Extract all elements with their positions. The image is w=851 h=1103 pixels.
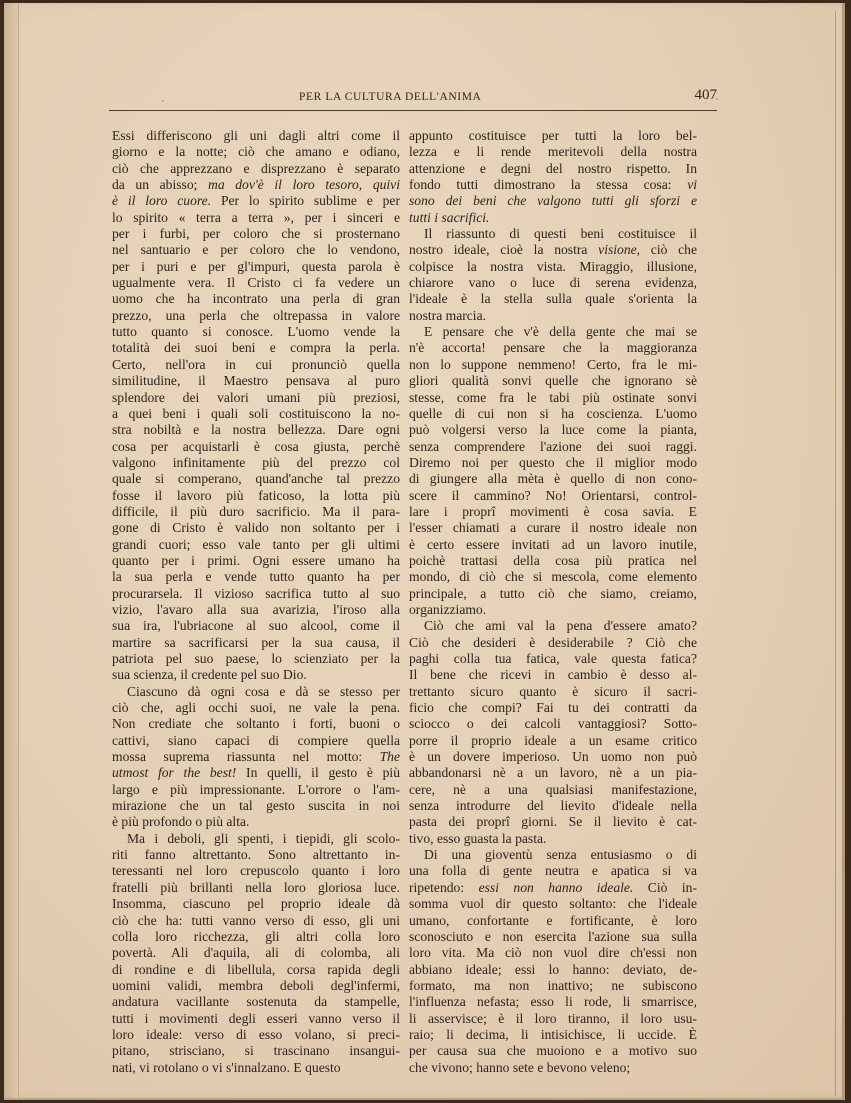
text-line: grandi cuori; esso vale tanto per gli ul…	[112, 537, 400, 553]
text-line: trettanto sicuro quanto è sicuro il sacr…	[409, 684, 697, 700]
paragraph: Di una gioventù senza entusiasmo o diuna…	[409, 847, 697, 1076]
text-line: tutti i movimenti degli esseri vanno ver…	[112, 1011, 400, 1027]
text-line: l'influenza nefasta; esso li rode, li sm…	[409, 994, 697, 1010]
text-line: di rondine e di libellula, corsa rapida …	[112, 962, 400, 978]
text-line: uomo che ha incontrato una perla di gran	[112, 291, 400, 307]
text-line: cosa per acquistarli è cosa giusta, perc…	[112, 439, 400, 455]
text-line: loro ideale: verso di esso volano, si pr…	[112, 1027, 400, 1043]
text-line: colla loro ricchezza, gli altri colla lo…	[112, 929, 400, 945]
text-line: uomini validi, membra deboli degl'inferm…	[112, 978, 400, 994]
text-line: E pensare che v'è della gente che mai se	[409, 324, 697, 340]
text-line: stesse, come fra le tabi più ostinate so…	[409, 390, 697, 406]
book-page: PER LA CULTURA DELL'ANIMA 407 Essi diffe…	[4, 3, 845, 1100]
text-line: umano, confortante e fortificante, è lor…	[409, 913, 697, 929]
paragraph: Ciò che ami val la pena d'essere amato?C…	[409, 618, 697, 847]
text-line: Ma i deboli, gli spenti, i tiepidi, gli …	[112, 831, 400, 847]
text-line: per causa sua che muoiono e a motivo suo	[409, 1043, 697, 1059]
text-line: scere il cammino? No! Orientarsi, contro…	[409, 488, 697, 504]
right-text-column: appunto costituisce per tutti la loro be…	[409, 128, 697, 1076]
text-line: ficio che compi? Fai tu dei contratti da	[409, 700, 697, 716]
text-line: quelle di cui non si ha coscienza. L'uom…	[409, 406, 697, 422]
text-line: nostro ideale, cioè la nostra visione, c…	[409, 242, 697, 258]
text-line: abbiano ideale; essi lo hanno: deviato, …	[409, 962, 697, 978]
text-line: splendore dei valori umani più preziosi,	[112, 390, 400, 406]
text-line: li asservisce; è il loro tiranno, il lor…	[409, 1011, 697, 1027]
text-line: fondo tutti dimostrano la stessa cosa: v…	[409, 177, 697, 193]
paragraph: Ma i deboli, gli spenti, i tiepidi, gli …	[112, 831, 400, 1076]
text-line: a quei beni i quali soli costituiscono l…	[112, 406, 400, 422]
text-line: stra nobiltà e la nostra bellezza. Dare …	[112, 422, 400, 438]
text-line: andatura vacillante sostenuta da stampel…	[112, 994, 400, 1010]
text-line: cattivi, siano capaci di compiere quella	[112, 733, 400, 749]
text-line: l'esser chiamati a curare il nostro idea…	[409, 520, 697, 536]
page-header: PER LA CULTURA DELL'ANIMA 407	[109, 85, 717, 107]
text-line: attenzione e degni del nostro rispetto. …	[409, 161, 697, 177]
text-line: ciò che, agli occhi suoi, ne vale la pen…	[112, 700, 400, 716]
paper-speck	[440, 903, 442, 905]
italic-emphasis: visione	[598, 242, 637, 257]
text-line: è un dovere imperioso. Un uomo non può	[409, 749, 697, 765]
text-line: sua ira, l'ubriacone al suo alcool, come…	[112, 618, 400, 634]
text-line: fosse il lavoro più faticoso, la lotta p…	[112, 488, 400, 504]
text-line: ugualmente vera. Il Cristo ci fa vedere …	[112, 275, 400, 291]
text-line: può volgersi verso la luce come la piant…	[409, 422, 697, 438]
text-line: vizio, l'avaro alla sua avarizia, l'iros…	[112, 602, 400, 618]
text-line: Essi differiscono gli uni dagli altri co…	[112, 128, 400, 144]
text-line: che vivono; hanno sete e bevono veleno;	[409, 1060, 697, 1076]
italic-emphasis: tutti i sacrifici.	[409, 210, 489, 225]
paragraph: E pensare che v'è della gente che mai se…	[409, 324, 697, 618]
text-line: ripetendo: essi non hanno ideale. Ciò in…	[409, 880, 697, 896]
text-line: lezza e li rende meritevoli della nostra	[409, 144, 697, 160]
text-line: sono dei beni che valgono tutti gli sfor…	[409, 193, 697, 209]
text-line: martire sa sacrificarsi per la sua causa…	[112, 635, 400, 651]
text-line: valgono infinitamente più del prezzo col	[112, 455, 400, 471]
text-line: per i puri e per gl'impuri, questa parol…	[112, 259, 400, 275]
text-line: ciò che ha: tutti vanno verso di esso, g…	[112, 913, 400, 929]
text-line: chiarore vano o luce di serena evidenza,	[409, 275, 697, 291]
text-line: ciò che apprezzano e disprezzano è separ…	[112, 161, 400, 177]
text-line: appunto costituisce per tutti la loro be…	[409, 128, 697, 144]
text-line: raio; li decima, li intisichisce, li ucc…	[409, 1027, 697, 1043]
text-line: pasta dei proprî giorni. Se il lievito è…	[409, 814, 697, 830]
text-line: quale si comperano, quand'anche tal prez…	[112, 471, 400, 487]
text-line: Ciascuno dà ogni cosa e dà se stesso per	[112, 684, 400, 700]
text-line: prezzo, una perla che oltrepassa in valo…	[112, 308, 400, 324]
text-line: formato, ma non inattivo; ne subiscono	[409, 978, 697, 994]
italic-emphasis: vi	[687, 177, 697, 192]
paragraph: Ciascuno dà ogni cosa e dà se stesso per…	[112, 684, 400, 831]
text-line: riti fanno altrettanto. Sono altrettanto…	[112, 847, 400, 863]
text-line: Insomma, ciascuno pel proprio ideale dà	[112, 896, 400, 912]
text-line: è certo essere invitati ad un lavoro inu…	[409, 537, 697, 553]
text-line: la sua perla e vende tutto quanto ha per	[112, 569, 400, 585]
text-line: povertà. Ali d'aquila, ali di colomba, a…	[112, 945, 400, 961]
text-line: procurarsela. Il vizioso sacrifica tutto…	[112, 586, 400, 602]
text-line: nostra marcia.	[409, 308, 697, 324]
text-line: Certo, nell'ora in cui pronunciò quella	[112, 357, 400, 373]
text-line: Il bene che ricevi in cambio è desso al-	[409, 667, 697, 683]
text-line: organizziamo.	[409, 602, 697, 618]
text-line: principale, a tutto ciò che siamo, creia…	[409, 586, 697, 602]
text-line: è più profondo o più alta.	[112, 814, 400, 830]
text-line: cere, nè a una qualsiasi manifestazione,	[409, 782, 697, 798]
text-line: nel santuario e per coloro che lo vendon…	[112, 242, 400, 258]
text-line: lare i proprî movimenti è cosa savia. E	[409, 504, 697, 520]
text-line: gliori qualità sonvi quelle che ignorano…	[409, 373, 697, 389]
text-line: senza introdurre del lievito d'ideale ne…	[409, 798, 697, 814]
text-line: n'è accorta! pensare che la maggioranza	[409, 340, 697, 356]
italic-emphasis: è il loro cuore.	[112, 193, 211, 208]
text-line: una folla di gente neutra e apatica si v…	[409, 863, 697, 879]
text-line: lo spirito « terra a terra », per i sinc…	[112, 210, 400, 226]
text-line: similitudine, il Maestro pensava al puro	[112, 373, 400, 389]
italic-emphasis: ma dov'è il loro tesoro, quivi	[208, 177, 400, 192]
text-line: Il riassunto di questi beni costituisce …	[409, 226, 697, 242]
page-gutter-edge	[4, 3, 19, 1098]
text-line: è il loro cuore. Per lo spirito sublime …	[112, 193, 400, 209]
text-line: abbandonarsi nè a un lavoro, nè a un pia…	[409, 765, 697, 781]
italic-emphasis: essi non hanno ideale.	[479, 880, 634, 895]
text-line: Di una gioventù senza entusiasmo o di	[409, 847, 697, 863]
text-line: tutto quanto si conosce. L'uomo vende la	[112, 324, 400, 340]
text-line: fratelli più brillanti nella loro glorio…	[112, 880, 400, 896]
text-line: nati, vi rotolano o vi s'innalzano. E qu…	[112, 1060, 400, 1076]
text-line: l'ideale è la stella sulla quale s'orien…	[409, 291, 697, 307]
text-line: loro vita. Ma ciò non vuol dire ch'essi …	[409, 945, 697, 961]
text-line: da un abisso; ma dov'è il loro tesoro, q…	[112, 177, 400, 193]
text-line: mirazione che un tal gesto suscita in no…	[112, 798, 400, 814]
header-rule	[109, 110, 717, 111]
text-line: paghi colla tua fatica, vale questa fati…	[409, 651, 697, 667]
text-line: largo e più impressionante. L'orrore o l…	[112, 782, 400, 798]
text-line: difficile, il più duro sacrificio. Ma il…	[112, 504, 400, 520]
text-line: Ciò che ami val la pena d'essere amato?	[409, 618, 697, 634]
text-line: tivo, esso guasta la pasta.	[409, 831, 697, 847]
paragraph: Essi differiscono gli uni dagli altri co…	[112, 128, 400, 684]
paper-speck	[716, 98, 718, 100]
text-line: colpisce la nostra vista. Miraggio, illu…	[409, 259, 697, 275]
running-title: PER LA CULTURA DELL'ANIMA	[299, 91, 481, 103]
text-line: somma vuol dir questo soltanto: che l'id…	[409, 896, 697, 912]
text-line: senza comprendere l'azione dei suoi ragg…	[409, 439, 697, 455]
text-line: utmost for the best! In quelli, il gesto…	[112, 765, 400, 781]
text-line: gone di Cristo è valido non soltanto per…	[112, 520, 400, 536]
text-line: sconosciuto e non esercita l'azione sua …	[409, 929, 697, 945]
paragraph: Il riassunto di questi beni costituisce …	[409, 226, 697, 324]
text-line: pitano, strisciano, si trascinano insang…	[112, 1043, 400, 1059]
text-line: quanto per i primi. Ogni essere umano ha	[112, 553, 400, 569]
text-line: Diremo noi per questo che il miglior mod…	[409, 455, 697, 471]
text-line: per i furbi, per coloro che si prosterna…	[112, 226, 400, 242]
text-line: di giungere alla mèta è quello di non co…	[409, 471, 697, 487]
italic-emphasis: The	[380, 749, 400, 764]
text-line: patriota pel suo paese, lo scienziato pe…	[112, 651, 400, 667]
text-line: tutti i sacrifici.	[409, 210, 697, 226]
text-line: giorno e la notte; ciò che amano e odian…	[112, 144, 400, 160]
text-line: sua scienza, il credente pel suo Dio.	[112, 667, 400, 683]
italic-emphasis: sono dei beni che valgono tutti gli sfor…	[409, 193, 697, 208]
page-number: 407	[695, 87, 718, 104]
text-line: Non crediate che soltanto i forti, buoni…	[112, 716, 400, 732]
page-fold-line	[835, 11, 836, 1096]
paragraph: appunto costituisce per tutti la loro be…	[409, 128, 697, 226]
italic-emphasis: utmost for the best!	[112, 765, 236, 780]
text-line: mossa suprema riassunta nel motto: The	[112, 749, 400, 765]
text-line: poichè trattasi della cosa più pratica n…	[409, 553, 697, 569]
left-text-column: Essi differiscono gli uni dagli altri co…	[112, 128, 400, 1076]
text-line: totalità dei suoi beni e compra la perla…	[112, 340, 400, 356]
text-line: porre il proprio ideale a un esame criti…	[409, 733, 697, 749]
text-line: mondo, di ciò che si mescola, come eleme…	[409, 569, 697, 585]
text-line: teressanti nel loro crepuscolo quanto i …	[112, 863, 400, 879]
paper-speck	[162, 100, 164, 102]
text-line: Ciò che desideri è desiderabile ? Ciò ch…	[409, 635, 697, 651]
text-line: sciocco o dei calcoli vantaggiosi? Sotto…	[409, 716, 697, 732]
text-line: non lo suppone nemmeno! Certo, fra le mi…	[409, 357, 697, 373]
